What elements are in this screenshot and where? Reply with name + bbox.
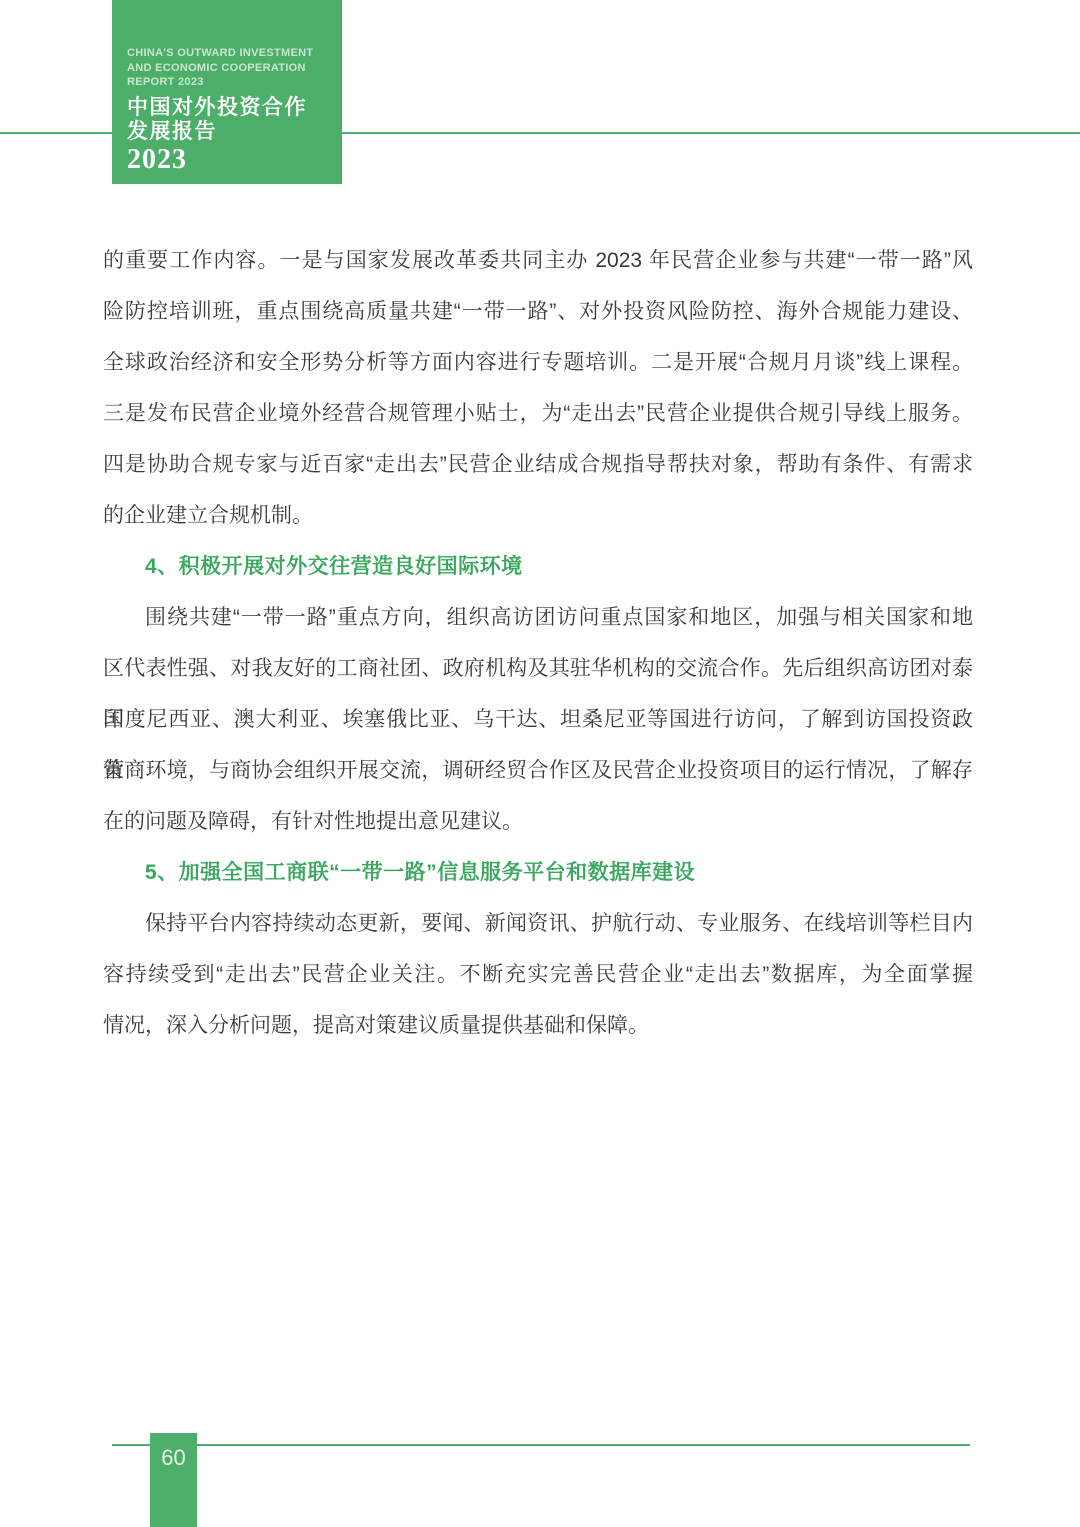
report-title-en-line: REPORT 2023 [127,75,330,90]
report-title-en: CHINA'S OUTWARD INVESTMENT AND ECONOMIC … [127,46,330,90]
page-number: 60 [161,1445,185,1470]
report-title-en-line: CHINA'S OUTWARD INVESTMENT [127,46,330,61]
body-line: 营商环境，与商协会组织开展交流，调研经贸合作区及民营企业投资项目的运行情况，了解… [103,745,973,796]
report-page: CHINA'S OUTWARD INVESTMENT AND ECONOMIC … [0,0,1080,1527]
section-heading-5: 5、加强全国工商联“一带一路”信息服务平台和数据库建设 [103,847,973,898]
report-title-zh-line: 中国对外投资合作 [127,96,330,120]
body-line: 保持平台内容持续动态更新，要闻、新闻资讯、护航行动、专业服务、在线培训等栏目内 [103,898,973,949]
report-header-block: CHINA'S OUTWARD INVESTMENT AND ECONOMIC … [112,0,342,184]
report-title-en-line: AND ECONOMIC COOPERATION [127,61,330,76]
section-heading-4: 4、积极开展对外交往营造良好国际环境 [103,541,973,592]
report-title-zh: 中国对外投资合作 发展报告 [127,96,330,144]
page-number-badge: 60 [150,1433,197,1527]
body-line: 在的问题及障碍，有针对性地提出意见建议。 [103,796,973,847]
body-line: 围绕共建“一带一路”重点方向，组织高访团访问重点国家和地区，加强与相关国家和地 [103,592,973,643]
body-line: 容持续受到“走出去”民营企业关注。不断充实完善民营企业“走出去”数据库，为全面掌… [103,949,973,1000]
body-line: 全球政治经济和安全形势分析等方面内容进行专题培训。二是开展“合规月月谈”线上课程… [103,337,973,388]
body-line: 四是协助合规专家与近百家“走出去”民营企业结成合规指导帮扶对象，帮助有条件、有需… [103,439,973,490]
footer-rule [112,1444,970,1446]
body-line: 三是发布民营企业境外经营合规管理小贴士，为“走出去”民营企业提供合规引导线上服务… [103,388,973,439]
body-line: 的重要工作内容。一是与国家发展改革委共同主办 2023 年民营企业参与共建“一带… [103,235,973,286]
page-body: 的重要工作内容。一是与国家发展改革委共同主办 2023 年民营企业参与共建“一带… [103,235,973,1051]
report-title-zh-line: 发展报告 [127,120,330,144]
body-line: 险防控培训班，重点围绕高质量共建“一带一路”、对外投资风险防控、海外合规能力建设… [103,286,973,337]
body-line: 区代表性强、对我友好的工商社团、政府机构及其驻华机构的交流合作。先后组织高访团对… [103,643,973,694]
body-line: 的企业建立合规机制。 [103,490,973,541]
body-line: 印度尼西亚、澳大利亚、埃塞俄比亚、乌干达、坦桑尼亚等国进行访问，了解到访国投资政… [103,694,973,745]
body-line: 情况，深入分析问题，提高对策建议质量提供基础和保障。 [103,1000,973,1051]
report-year: 2023 [127,145,330,175]
